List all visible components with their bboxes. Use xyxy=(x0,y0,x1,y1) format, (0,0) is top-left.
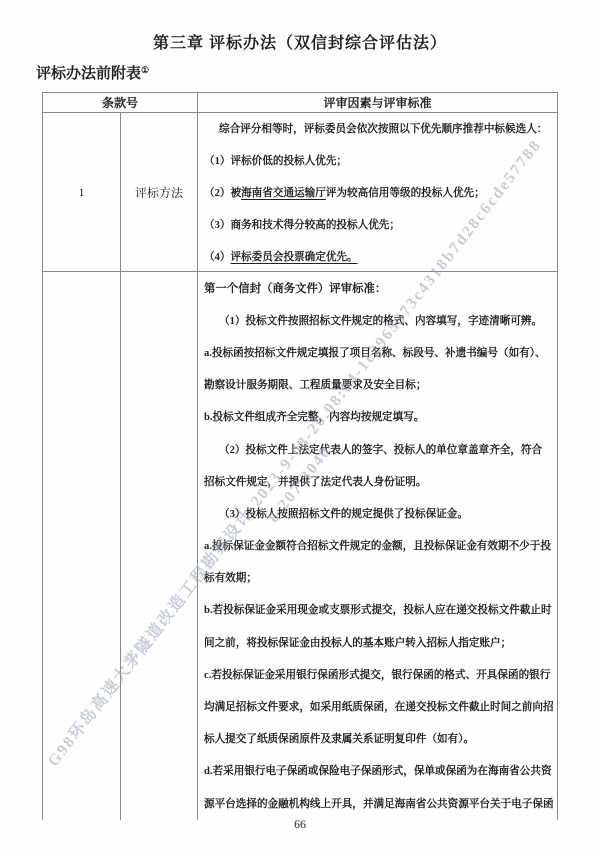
table-text-line: （1）投标文件按照招标文件规定的格式、内容填写，字迹清晰可辨。 xyxy=(204,304,555,336)
text-segment: d.若采用银行电子保函或保险电子保函形式，保单或保函为在海南省公共资 xyxy=(204,763,552,778)
table-text-line: 第一个信封（商务文件）评审标准： xyxy=(204,272,555,304)
table-text-line: 勘察设计服务期限、工程质量要求及安全目标； xyxy=(204,369,555,401)
evaluation-table: 条款号 评审因素与评审标准 1 评标方法 综合评分相等时，评标委员会依次按照以下… xyxy=(42,92,558,820)
section-title: 评标办法前附表① xyxy=(36,62,149,83)
table-text-line: d.若采用银行电子保函或保险电子保函形式，保单或保函为在海南省公共资 xyxy=(204,755,555,787)
text-segment: （4） xyxy=(204,249,230,264)
text-segment: c.若投标保证金采用银行保函形式提交，银行保函的格式、开具保函的银行 xyxy=(204,667,550,682)
underlined-text: 评标委员会投票确定优先。 xyxy=(230,249,357,264)
criteria-cell: 第一个信封（商务文件）评审标准：（1）投标文件按照招标文件规定的格式、内容填写，… xyxy=(198,272,557,820)
text-segment: 评为较高信用等级的投标人优先； xyxy=(326,185,485,200)
text-segment: （2）投标文件上法定代表人的签字、投标人的单位章盖章齐全，符合 xyxy=(219,442,542,457)
table-row: 1 评标方法 综合评分相等时，评标委员会依次按照以下优先顺序推荐中标候选人：（1… xyxy=(43,113,557,272)
text-segment: a.投标保证金金额符合招标文件规定的金额，且投标保证金有效期不少于投 xyxy=(204,538,551,553)
footnote-marker: ① xyxy=(141,65,149,75)
text-segment: 综合评分相等时，评标委员会依次按照以下优先顺序推荐中标候选人： xyxy=(219,121,547,136)
factor-cell xyxy=(121,272,198,820)
text-segment: （3）商务和技术得分较高的投标人优先； xyxy=(204,217,400,232)
table-text-line: （2）被 海南省交通运输厅 评为较高信用等级的投标人优先； xyxy=(204,177,555,209)
table-text-line: （3）投标人按照招标文件的规定提供了投标保证金。 xyxy=(204,497,555,529)
text-segment: 招标文件规定，并提供了法定代表人身份证明。 xyxy=(204,474,426,489)
table-text-line: 标有效期； xyxy=(204,562,555,594)
table-text-line: 招标文件规定，并提供了法定代表人身份证明。 xyxy=(204,465,555,497)
table-text-line: 综合评分相等时，评标委员会依次按照以下优先顺序推荐中标候选人： xyxy=(204,113,555,145)
clause-number-cell: 1 xyxy=(43,113,121,271)
text-segment: 间之前，将投标保证金由投标人的基本账户转入招标人指定账户； xyxy=(204,635,511,650)
text-segment: a.投标函按招标文件规定填报了项目名称、标段号、补遗书编号（如有）、 xyxy=(204,345,546,360)
table-text-line: c.若投标保证金采用银行保函形式提交，银行保函的格式、开具保函的银行 xyxy=(204,658,555,690)
criteria-cell: 综合评分相等时，评标委员会依次按照以下优先顺序推荐中标候选人：（1）评标价低的投… xyxy=(198,113,557,271)
table-text-line: a.投标保证金金额符合招标文件规定的金额，且投标保证金有效期不少于投 xyxy=(204,530,555,562)
underlined-text: 海南省交通运输厅 xyxy=(241,185,326,200)
table-text-line: a.投标函按招标文件规定填报了项目名称、标段号、补遗书编号（如有）、 xyxy=(204,336,555,368)
table-text-line: 源平台选择的金融机构线上开具，并满足海南省公共资源平台关于电子保函 xyxy=(204,787,555,819)
table-text-line: b.若投标保证金采用现金或支票形式提交，投标人应在递交投标文件截止时 xyxy=(204,594,555,626)
table-header-clause: 条款号 xyxy=(43,93,198,112)
clause-number-cell xyxy=(43,272,121,820)
text-segment: b.投标文件组成齐全完整，内容均按规定填写。 xyxy=(204,409,424,424)
text-segment: b.若投标保证金采用现金或支票形式提交，投标人应在递交投标文件截止时 xyxy=(204,602,552,617)
text-segment: 勘察设计服务期限、工程质量要求及安全目标； xyxy=(204,377,426,392)
text-segment: （1）投标文件按照招标文件规定的格式、内容填写，字迹清晰可辨。 xyxy=(219,313,542,328)
text-segment: （1）评标价低的投标人优先； xyxy=(204,153,347,168)
table-text-line: （1）评标价低的投标人优先； xyxy=(204,145,555,177)
table-header-criteria: 评审因素与评审标准 xyxy=(198,93,557,112)
page-number: 66 xyxy=(0,817,600,832)
table-text-line: 均满足招标文件要求，如采用纸质保函，在递交投标文件截止时间之前向招 xyxy=(204,690,555,722)
table-text-line: （2）投标文件上法定代表人的签字、投标人的单位章盖章齐全，符合 xyxy=(204,433,555,465)
table-text-line: （4） 评标委员会投票确定优先。 xyxy=(204,240,555,271)
section-title-text: 评标办法前附表 xyxy=(36,66,141,82)
page-title: 第三章 评标办法（双信封综合评估法） xyxy=(0,30,600,53)
table-header-row: 条款号 评审因素与评审标准 xyxy=(43,93,557,113)
text-segment: 标有效期； xyxy=(204,570,257,585)
text-segment: 均满足招标文件要求，如采用纸质保函，在递交投标文件截止时间之前向招 xyxy=(204,699,554,714)
text-segment: （2）被 xyxy=(204,185,241,200)
table-text-line: 间之前，将投标保证金由投标人的基本账户转入招标人指定账户； xyxy=(204,626,555,658)
table-text-line: b.投标文件组成齐全完整，内容均按规定填写。 xyxy=(204,401,555,433)
text-segment: （3）投标人按照招标文件的规定提供了投标保证金。 xyxy=(219,506,468,521)
text-segment: 标人提交了纸质保函原件及隶属关系证明复印件（如有）。 xyxy=(204,731,474,746)
table-text-line: 标人提交了纸质保函原件及隶属关系证明复印件（如有）。 xyxy=(204,723,555,755)
factor-cell: 评标方法 xyxy=(121,113,198,271)
text-segment: 源平台选择的金融机构线上开具，并满足海南省公共资源平台关于电子保函 xyxy=(204,796,554,811)
table-text-line: （3）商务和技术得分较高的投标人优先； xyxy=(204,208,555,240)
text-segment: 第一个信封（商务文件）评审标准： xyxy=(204,280,386,296)
table-row: 第一个信封（商务文件）评审标准：（1）投标文件按照招标文件规定的格式、内容填写，… xyxy=(43,272,557,820)
